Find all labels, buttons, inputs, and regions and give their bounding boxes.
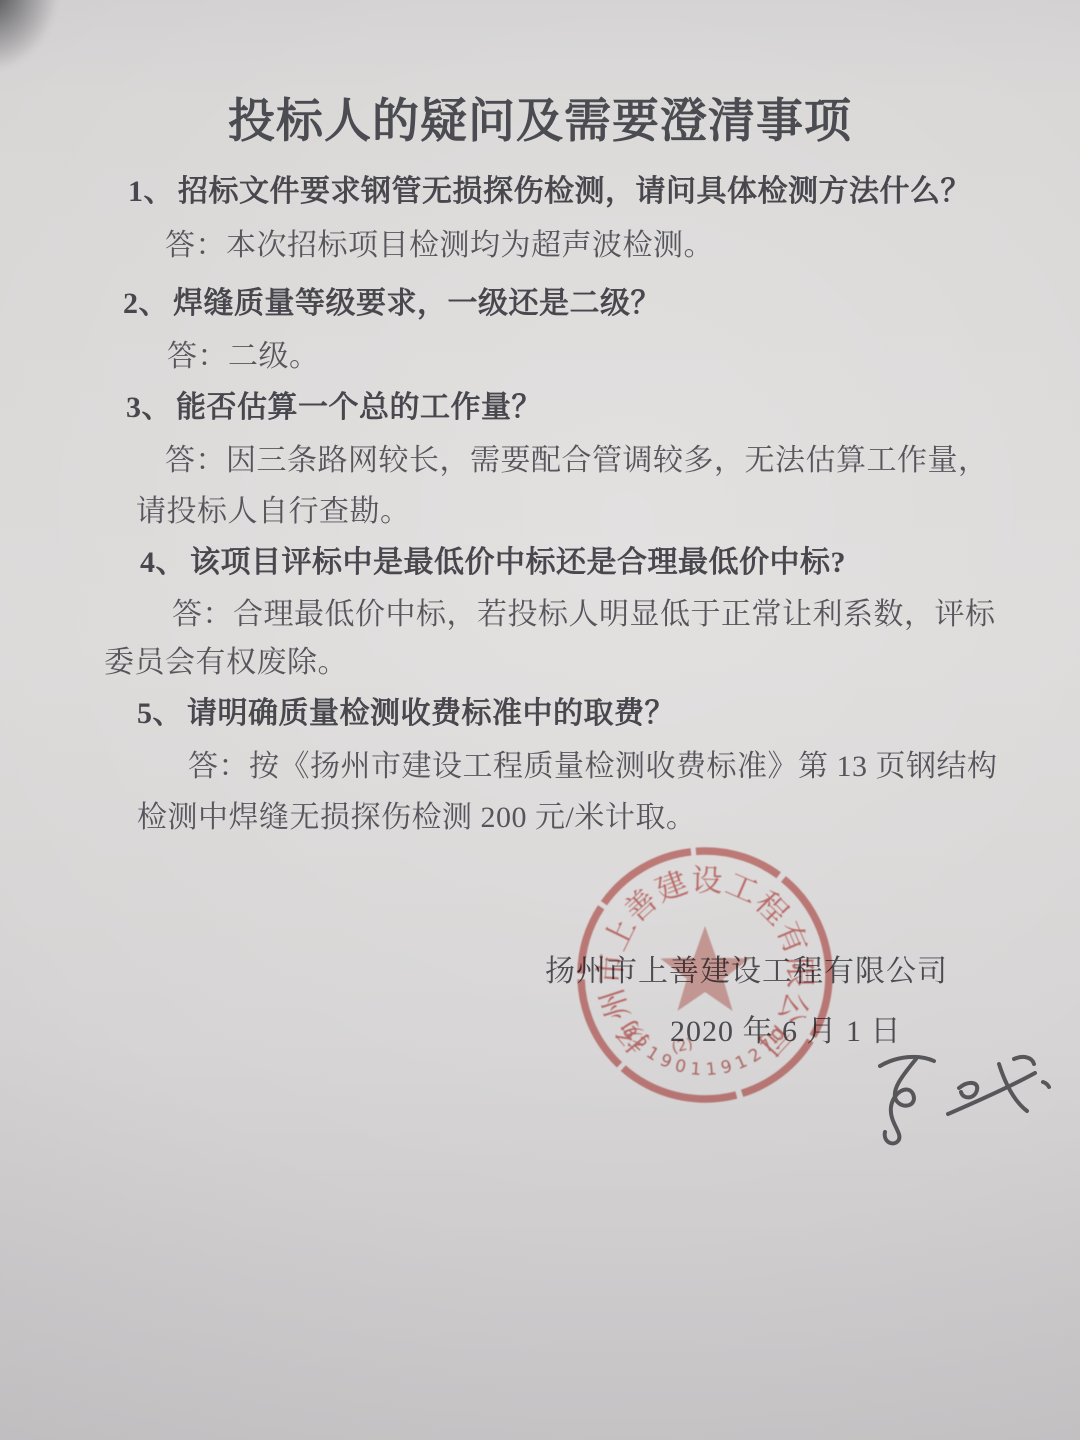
- seal-center-mark: (2): [670, 1034, 695, 1057]
- answer-3-line-1: 答：因三条路网较长，需要配合管调较多，无法估算工作量，: [165, 435, 989, 479]
- question-3: 3、能否估算一个总的工作量？: [126, 382, 542, 426]
- company-seal-stamp: 扬州市上善建设工程有限公司 3219011912708 (2): [553, 823, 857, 1127]
- question-5-number: 5、: [137, 697, 183, 730]
- photographed-document-page: 投标人的疑问及需要澄清事项 1、招标文件要求钢管无损探伤检测，请问具体检测方法什…: [0, 0, 1080, 1440]
- question-2-number: 2、: [123, 287, 169, 320]
- answer-2-line-1: 答：二级。: [167, 331, 320, 375]
- photo-corner-shadow: [0, 0, 68, 82]
- answer-5-line-1: 答：按《扬州市建设工程质量检测收费标准》第 13 页钢结构: [188, 741, 998, 785]
- question-1-text: 招标文件要求钢管无损探伤检测，请问具体检测方法什么？: [178, 175, 971, 208]
- question-1: 1、招标文件要求钢管无损探伤检测，请问具体检测方法什么？: [128, 166, 971, 210]
- handwritten-signature: [855, 1042, 1070, 1167]
- answer-1-line-1: 答：本次招标项目检测均为超声波检测。: [165, 220, 714, 264]
- answer-4-line-2: 委员会有权废除。: [104, 637, 348, 681]
- question-2: 2、焊缝质量等级要求，一级还是二级？: [123, 278, 661, 322]
- question-3-number: 3、: [126, 391, 172, 424]
- question-4-number: 4、: [140, 546, 186, 579]
- seal-star-icon: [660, 926, 749, 1011]
- question-1-number: 1、: [128, 175, 174, 208]
- answer-4-line-1: 答：合理最低价中标，若投标人明显低于正常让利系数，评标: [172, 589, 996, 633]
- question-2-text: 焊缝质量等级要求，一级还是二级？: [173, 287, 661, 320]
- question-4-text: 该项目评标中是最低价中标还是合理最低价中标?: [190, 546, 846, 579]
- question-5-text: 请明确质量检测收费标准中的取费？: [187, 697, 675, 730]
- question-5: 5、请明确质量检测收费标准中的取费？: [137, 688, 675, 732]
- document-title: 投标人的疑问及需要澄清事项: [0, 84, 1080, 151]
- question-4: 4、该项目评标中是最低价中标还是合理最低价中标?: [140, 537, 846, 581]
- question-3-text: 能否估算一个总的工作量？: [176, 391, 542, 424]
- answer-3-line-2: 请投标人自行查勘。: [136, 486, 411, 530]
